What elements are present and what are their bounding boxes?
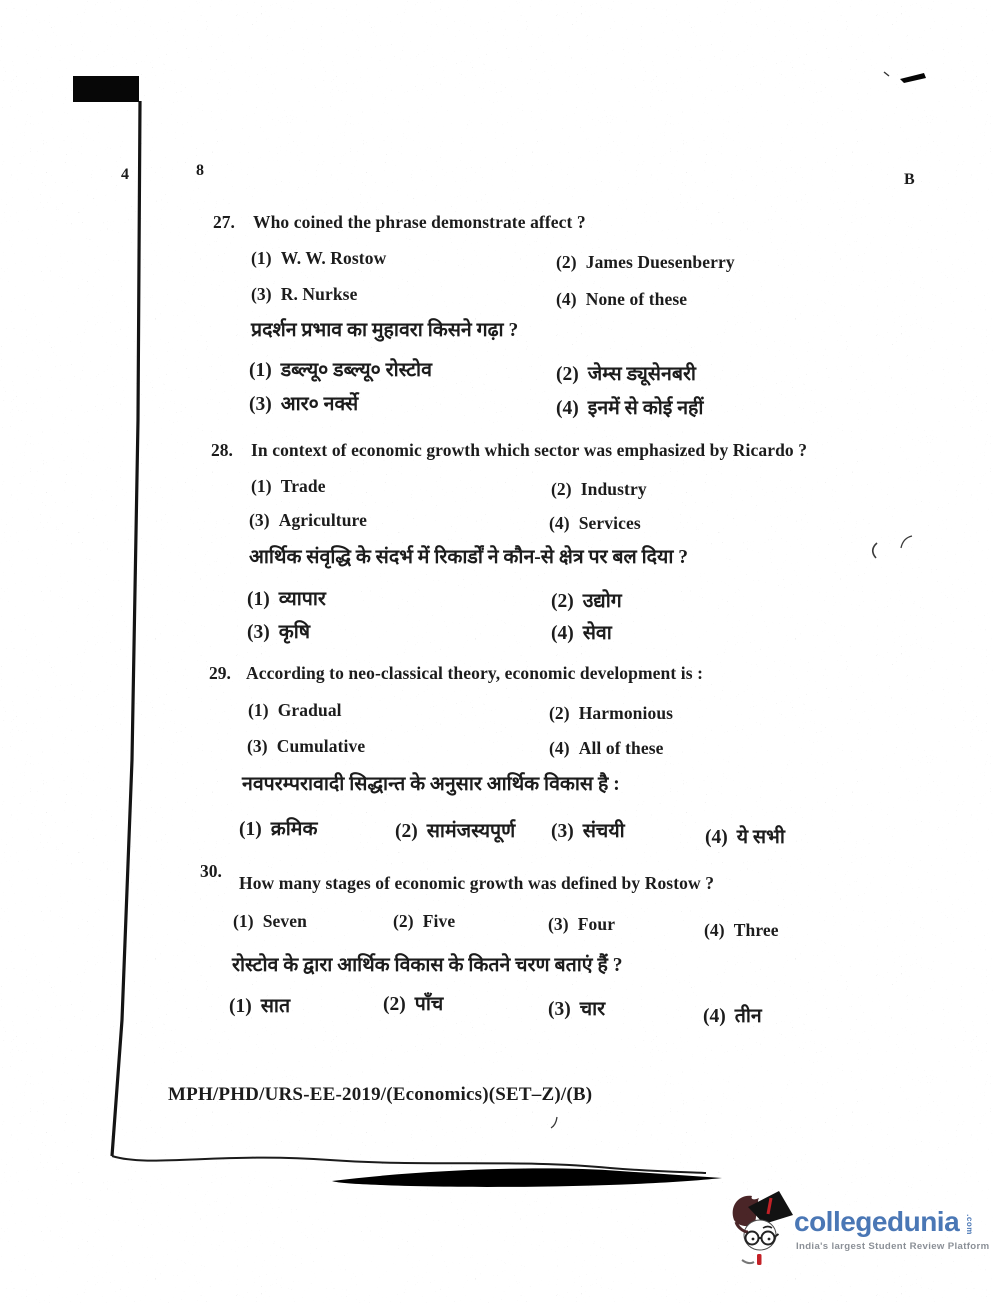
q30-option-3-en: (3)Four	[548, 914, 615, 934]
q29-option-2-hi: (2)सामंजस्यपूर्ण	[395, 821, 515, 843]
option-label: तीन	[735, 1006, 762, 1027]
option-label: W. W. Rostow	[281, 248, 387, 268]
option-label: पाँच	[415, 994, 444, 1015]
option-label: Seven	[263, 911, 307, 931]
q30-option-1-hi: (1)सात	[229, 996, 290, 1018]
scan-artifact-tick	[884, 72, 889, 76]
collegedunia-tld-text: .com	[965, 1214, 974, 1235]
q29-number: 29.	[209, 663, 231, 683]
option-number: (2)	[383, 994, 406, 1016]
option-label: व्यापार	[279, 589, 326, 610]
option-number: (2)	[556, 252, 577, 272]
option-label: Four	[578, 914, 615, 934]
q30-option-4-en: (4)Three	[704, 920, 779, 940]
q28-option-1-hi: (1)व्यापार	[247, 589, 326, 611]
collegedunia-logo: collegedunia.com India's largest Student…	[726, 1188, 976, 1280]
collegedunia-mascot-icon	[726, 1188, 796, 1280]
option-number: (2)	[549, 703, 570, 723]
page-number-outer: 4	[121, 166, 129, 184]
option-label: Industry	[581, 479, 647, 499]
option-number: (4)	[549, 738, 570, 758]
option-number: (4)	[705, 827, 728, 849]
q29-option-3-en: (3)Cumulative	[247, 736, 365, 756]
option-number: (1)	[239, 819, 262, 841]
scan-artifact-shadow-blob	[332, 1168, 722, 1187]
option-label: Gradual	[278, 700, 342, 720]
q27-text-en: Who coined the phrase demonstrate affect…	[253, 212, 586, 232]
scan-artifacts	[0, 0, 993, 1303]
option-number: (2)	[393, 911, 414, 931]
option-number: (4)	[551, 623, 574, 645]
q28-option-2-en: (2)Industry	[551, 479, 647, 499]
option-label: संचयी	[583, 821, 625, 842]
q28-option-3-en: (3)Agriculture	[249, 510, 367, 530]
q27-option-3-en: (3)R. Nurkse	[251, 284, 357, 304]
scan-artifact-left-edge	[112, 101, 140, 1156]
option-number: (1)	[249, 360, 272, 382]
option-label: कृषि	[279, 622, 310, 643]
q30-option-4-hi: (4)तीन	[703, 1006, 762, 1028]
option-number: (2)	[551, 591, 574, 613]
q27-option-2-en: (2)James Duesenberry	[556, 252, 735, 272]
q29-text-en: According to neo-classical theory, econo…	[246, 663, 703, 683]
option-label: All of these	[579, 738, 664, 758]
option-number: (2)	[395, 821, 418, 843]
option-number: (3)	[247, 736, 268, 756]
option-number: (3)	[251, 284, 272, 304]
option-number: (4)	[703, 1006, 726, 1028]
option-label: चार	[580, 999, 605, 1020]
option-label: उद्योग	[583, 591, 622, 612]
option-label: Trade	[281, 476, 326, 496]
collegedunia-brand-text: collegedunia	[794, 1206, 959, 1237]
q28-option-4-hi: (4)सेवा	[551, 623, 612, 645]
option-label: डब्ल्यू० डब्ल्यू० रोस्टोव	[281, 360, 432, 381]
q30-text-hi: रोस्टोव के द्वारा आर्थिक विकास के कितने …	[232, 955, 622, 977]
option-number: (3)	[548, 999, 571, 1021]
booklet-code: B	[904, 171, 915, 189]
scan-artifact-bottom-edge	[112, 1156, 706, 1173]
q28-option-2-hi: (2)उद्योग	[551, 591, 622, 613]
q29-option-1-en: (1)Gradual	[248, 700, 342, 720]
q29-option-4-en: (4)All of these	[549, 738, 664, 758]
scan-artifact-corner-block	[73, 76, 139, 102]
q30-number: 30.	[200, 861, 222, 881]
q29-text-hi: नवपरम्परावादी सिद्धान्त के अनुसार आर्थिक…	[242, 774, 620, 796]
option-label: R. Nurkse	[281, 284, 358, 304]
scan-artifact-corner-wedge	[900, 73, 926, 83]
option-label: जेम्स ड्यूसेनबरी	[588, 364, 696, 385]
q27-option-1-hi: (1)डब्ल्यू० डब्ल्यू० रोस्टोव	[249, 360, 432, 382]
scan-artifact-pen-mark-3	[551, 1117, 557, 1128]
option-number: (1)	[229, 996, 252, 1018]
option-number: (1)	[247, 589, 270, 611]
q27-option-3-hi: (3)आर० नर्क्से	[249, 394, 358, 416]
option-label: सामंजस्यपूर्ण	[427, 821, 515, 842]
option-number: (1)	[251, 476, 272, 496]
option-label: आर० नर्क्से	[281, 394, 358, 415]
collegedunia-tagline: India's largest Student Review Platform	[796, 1241, 989, 1252]
option-number: (3)	[249, 394, 272, 416]
scanned-exam-page: 4 8 B 27. Who coined the phrase demonstr…	[0, 0, 993, 1303]
q27-text-hi: प्रदर्शन प्रभाव का मुहावरा किसने गढ़ा ?	[251, 320, 518, 342]
scan-artifact-pen-mark-1	[873, 543, 877, 558]
q30-text-en: How many stages of economic growth was d…	[239, 873, 714, 893]
q29-option-1-hi: (1)क्रमिक	[239, 819, 317, 841]
q30-option-1-en: (1)Seven	[233, 911, 307, 931]
q29-option-3-hi: (3)संचयी	[551, 821, 625, 843]
q30-option-3-hi: (3)चार	[548, 999, 605, 1021]
q27-option-4-hi: (4)इनमें से कोई नहीं	[556, 398, 703, 420]
q27-number: 27.	[213, 212, 235, 232]
option-label: सात	[261, 996, 290, 1017]
q27-option-2-hi: (2)जेम्स ड्यूसेनबरी	[556, 364, 696, 386]
q28-option-1-en: (1)Trade	[251, 476, 326, 496]
option-number: (3)	[247, 622, 270, 644]
option-label: क्रमिक	[271, 819, 318, 840]
q28-number: 28.	[211, 440, 233, 460]
option-label: Five	[423, 911, 455, 931]
option-number: (1)	[233, 911, 254, 931]
scan-noise-overlay	[0, 0, 993, 1303]
option-label: None of these	[586, 289, 687, 309]
q27-option-4-en: (4)None of these	[556, 289, 687, 309]
q28-text-hi: आर्थिक संवृद्धि के संदर्भ में रिकार्डों …	[249, 547, 688, 569]
option-number: (4)	[549, 513, 570, 533]
option-number: (3)	[551, 821, 574, 843]
q27-option-1-en: (1)W. W. Rostow	[251, 248, 386, 268]
option-number: (4)	[556, 398, 579, 420]
page-number: 8	[196, 162, 204, 180]
option-label: Harmonious	[579, 703, 673, 723]
option-number: (1)	[248, 700, 269, 720]
option-number: (4)	[704, 920, 725, 940]
scan-artifact-pen-mark-2	[901, 536, 912, 548]
option-label: ये सभी	[737, 827, 785, 848]
option-number: (3)	[249, 510, 270, 530]
option-number: (2)	[551, 479, 572, 499]
option-label: James Duesenberry	[586, 252, 735, 272]
q28-option-4-en: (4)Services	[549, 513, 641, 533]
collegedunia-brand-row: collegedunia.com	[794, 1206, 980, 1238]
q28-option-3-hi: (3)कृषि	[247, 622, 310, 644]
option-label: Cumulative	[277, 736, 366, 756]
option-label: Three	[734, 920, 779, 940]
option-number: (2)	[556, 364, 579, 386]
option-label: सेवा	[583, 623, 612, 644]
option-label: Services	[579, 513, 641, 533]
option-number: (1)	[251, 248, 272, 268]
option-number: (4)	[556, 289, 577, 309]
paper-code-footer: MPH/PHD/URS-EE-2019/(Economics)(SET–Z)/(…	[168, 1084, 592, 1106]
q28-text-en: In context of economic growth which sect…	[251, 440, 807, 460]
q30-option-2-hi: (2)पाँच	[383, 994, 443, 1016]
option-number: (3)	[548, 914, 569, 934]
option-label: इनमें से कोई नहीं	[588, 398, 704, 419]
q29-option-4-hi: (4)ये सभी	[705, 827, 785, 849]
option-label: Agriculture	[279, 510, 367, 530]
q30-option-2-en: (2)Five	[393, 911, 455, 931]
q29-option-2-en: (2)Harmonious	[549, 703, 673, 723]
